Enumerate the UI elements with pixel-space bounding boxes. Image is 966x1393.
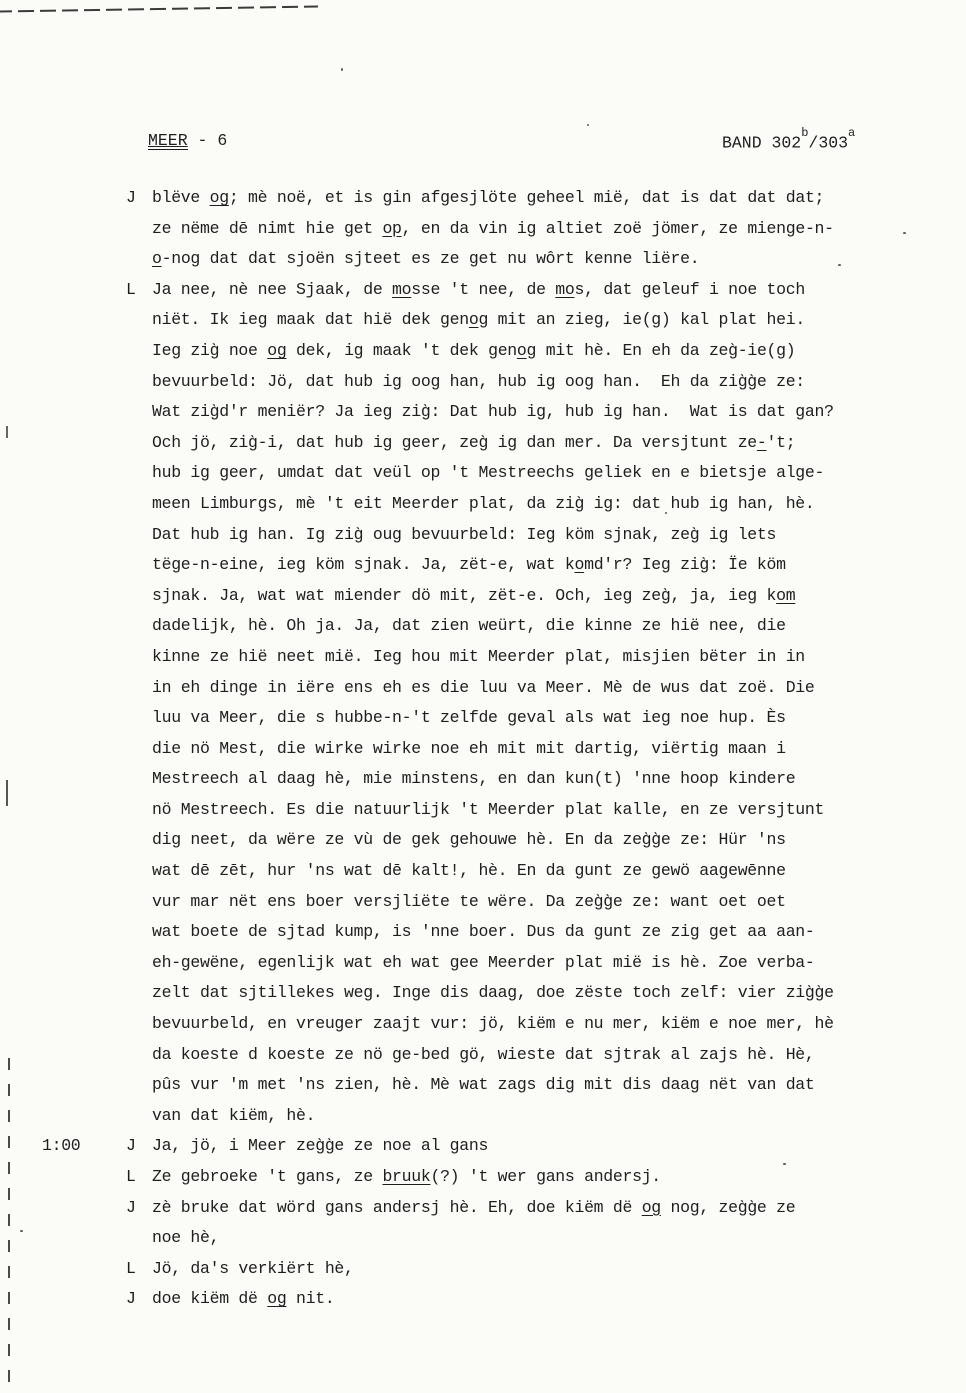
transcript-line: sjnak. Ja, wat wat miender dö mit, zët-e… bbox=[0, 581, 966, 612]
line-text: blëve og; mè noë, et is gin afgesjlöte g… bbox=[152, 188, 824, 207]
page-top-edge-mark bbox=[0, 5, 318, 12]
line-text: ze nëme dē nimt hie get op, en da vin ig… bbox=[152, 219, 834, 238]
line-text: Ieg zig̀ noe og dek, ig maak 't dek geno… bbox=[152, 341, 795, 360]
line-text: Ja nee, nè nee Sjaak, de mosse 't nee, d… bbox=[152, 280, 805, 299]
transcript-line: luu va Meer, die s hubbe-n-'t zelfde gev… bbox=[0, 703, 966, 734]
transcript-line: Dat hub ig han. Ig zig̀ oug bevuurbeld: … bbox=[0, 520, 966, 551]
transcript-line: Jzè bruke dat wörd gans andersj hè. Eh, … bbox=[0, 1193, 966, 1224]
line-text: eh-gewëne, egenlijk wat eh wat gee Meerd… bbox=[152, 953, 815, 972]
transcript-line: Ieg zig̀ noe og dek, ig maak 't dek geno… bbox=[0, 336, 966, 367]
line-text: sjnak. Ja, wat wat miender dö mit, zët-e… bbox=[152, 586, 795, 605]
band-superscript-a: a bbox=[848, 126, 855, 140]
transcript-line: Jblëve og; mè noë, et is gin afgesjlöte … bbox=[0, 183, 966, 214]
line-text: wat dē zēt, hur 'ns wat dē kalt!, hè. En… bbox=[152, 861, 786, 880]
line-text: Wat zig̀d'r meniër? Ja ieg zig̀: Dat hub… bbox=[152, 402, 834, 421]
line-text: zelt dat sjtillekes weg. Inge dis daag, … bbox=[152, 983, 834, 1002]
underlined-dialect-form: mo bbox=[555, 280, 574, 299]
transcript-line: noe hè, bbox=[0, 1223, 966, 1254]
speaker-label: L bbox=[126, 1162, 136, 1193]
speaker-label: J bbox=[126, 1284, 136, 1315]
transcript-line: bevuurbeld: Jö, dat hub ig oog han, hub … bbox=[0, 367, 966, 398]
underlined-dialect-form: op bbox=[382, 219, 401, 238]
transcript-line: dig neet, da wëre ze vù de gek gehouwe h… bbox=[0, 825, 966, 856]
transcript-line: bevuurbeld, en vreuger zaajt vur: jö, ki… bbox=[0, 1009, 966, 1040]
line-text: Mestreech al daag hè, mie minstens, en d… bbox=[152, 769, 795, 788]
line-text: dig neet, da wëre ze vù de gek gehouwe h… bbox=[152, 830, 786, 849]
speaker-label: L bbox=[126, 275, 136, 306]
underlined-dialect-form: o bbox=[517, 341, 527, 360]
transcript-line: da koeste d koeste ze nö ge-bed gö, wies… bbox=[0, 1040, 966, 1071]
line-text: vur mar nët ens boer versjliëte te wëre.… bbox=[152, 892, 786, 911]
line-text: dadelijk, hè. Oh ja. Ja, dat zien weürt,… bbox=[152, 616, 786, 635]
underlined-dialect-form: og bbox=[642, 1198, 661, 1217]
line-text: Dat hub ig han. Ig zig̀ oug bevuurbeld: … bbox=[152, 525, 776, 544]
line-text: in eh dinge in iëre ens eh es die luu va… bbox=[152, 678, 815, 697]
line-text: meen Limburgs, mè 't eit Meerder plat, d… bbox=[152, 494, 815, 513]
transcript-line: 1:00JJa, jö, i Meer zeg̀g̀e ze noe al ga… bbox=[0, 1131, 966, 1162]
line-text: Ze gebroeke 't gans, ze bruuk(?) 't wer … bbox=[152, 1167, 661, 1186]
underlined-dialect-form: o bbox=[469, 310, 479, 329]
line-text: niët. Ik ieg maak dat hië dek genog mit … bbox=[152, 310, 805, 329]
speaker-label: J bbox=[126, 183, 136, 214]
page-header-right: BAND 302b/303a bbox=[722, 131, 855, 153]
transcript-line: dadelijk, hè. Oh ja. Ja, dat zien weürt,… bbox=[0, 611, 966, 642]
transcript-line: Jdoe kiëm dë og nit. bbox=[0, 1284, 966, 1315]
transcript: Jblëve og; mè noë, et is gin afgesjlöte … bbox=[0, 183, 966, 1315]
underlined-dialect-form: og bbox=[210, 188, 229, 207]
underlined-dialect-form: og bbox=[267, 1289, 286, 1308]
transcript-line: Och jö, zig̀-i, dat hub ig geer, zeg̀ ig… bbox=[0, 428, 966, 459]
photocopy-speck bbox=[341, 68, 343, 71]
line-text: die nö Mest, die wirke wirke noe eh mit … bbox=[152, 739, 786, 758]
timestamp-note: 1:00 bbox=[42, 1131, 80, 1162]
transcript-line: nö Mestreech. Es die natuurlijk 't Meerd… bbox=[0, 795, 966, 826]
line-text: kinne ze hië neet mië. Ieg hou mit Meerd… bbox=[152, 647, 805, 666]
line-text: tëge-n-eine, ieg köm sjnak. Ja, zët-e, w… bbox=[152, 555, 786, 574]
transcript-line: eh-gewëne, egenlijk wat eh wat gee Meerd… bbox=[0, 948, 966, 979]
speaker-label: J bbox=[126, 1131, 136, 1162]
underlined-dialect-form: o bbox=[574, 555, 584, 574]
underlined-dialect-form: bruuk bbox=[382, 1167, 430, 1186]
transcript-line: LJa nee, nè nee Sjaak, de mosse 't nee, … bbox=[0, 275, 966, 306]
underlined-dialect-form: o bbox=[152, 249, 162, 268]
transcript-line: die nö Mest, die wirke wirke noe eh mit … bbox=[0, 734, 966, 765]
line-text: noe hè, bbox=[152, 1228, 219, 1247]
underlined-dialect-form: om bbox=[776, 586, 795, 605]
line-text: nö Mestreech. Es die natuurlijk 't Meerd… bbox=[152, 800, 824, 819]
transcript-line: pûs vur 'm met 'ns zien, hè. Mè wat zags… bbox=[0, 1070, 966, 1101]
transcript-line: zelt dat sjtillekes weg. Inge dis daag, … bbox=[0, 978, 966, 1009]
transcript-line: wat dē zēt, hur 'ns wat dē kalt!, hè. En… bbox=[0, 856, 966, 887]
document-page: MEER - 6 BAND 302b/303a Jblëve og; mè no… bbox=[0, 0, 966, 1393]
band-superscript-b: b bbox=[801, 126, 808, 140]
line-text: zè bruke dat wörd gans andersj hè. Eh, d… bbox=[152, 1198, 795, 1217]
transcript-line: wat boete de sjtad kump, is 'nne boer. D… bbox=[0, 917, 966, 948]
band-label: BAND 302 bbox=[722, 134, 801, 153]
line-text: Jö, da's verkiërt hè, bbox=[152, 1259, 354, 1278]
line-text: doe kiëm dë og nit. bbox=[152, 1289, 334, 1308]
page-header-left: MEER - 6 bbox=[148, 131, 227, 150]
line-text: Och jö, zig̀-i, dat hub ig geer, zeg̀ ig… bbox=[152, 433, 795, 452]
line-text: Ja, jö, i Meer zeg̀g̀e ze noe al gans bbox=[152, 1136, 488, 1155]
transcript-line: ze nëme dē nimt hie get op, en da vin ig… bbox=[0, 214, 966, 245]
transcript-line: vur mar nët ens boer versjliëte te wëre.… bbox=[0, 887, 966, 918]
speaker-label: J bbox=[126, 1193, 136, 1224]
underlined-dialect-form: mo bbox=[392, 280, 411, 299]
transcript-line: LZe gebroeke 't gans, ze bruuk(?) 't wer… bbox=[0, 1162, 966, 1193]
transcript-line: LJö, da's verkiërt hè, bbox=[0, 1254, 966, 1285]
transcript-line: kinne ze hië neet mië. Ieg hou mit Meerd… bbox=[0, 642, 966, 673]
band-separator: / bbox=[808, 134, 818, 153]
transcript-line: hub ig geer, umdat dat veül op 't Mestre… bbox=[0, 458, 966, 489]
transcript-line: o-nog dat dat sjoën sjteet es ze get nu … bbox=[0, 244, 966, 275]
page-title: MEER bbox=[148, 132, 188, 150]
underlined-dialect-form: og bbox=[267, 341, 286, 360]
line-text: van dat kiëm, hè. bbox=[152, 1106, 315, 1125]
line-text: bevuurbeld, en vreuger zaajt vur: jö, ki… bbox=[152, 1014, 834, 1033]
transcript-line: niët. Ik ieg maak dat hië dek genog mit … bbox=[0, 305, 966, 336]
underlined-dialect-form: - bbox=[757, 433, 767, 452]
line-text: wat boete de sjtad kump, is 'nne boer. D… bbox=[152, 922, 815, 941]
line-text: hub ig geer, umdat dat veül op 't Mestre… bbox=[152, 463, 824, 482]
transcript-line: van dat kiëm, hè. bbox=[0, 1101, 966, 1132]
line-text: pûs vur 'm met 'ns zien, hè. Mè wat zags… bbox=[152, 1075, 815, 1094]
photocopy-speck bbox=[587, 124, 589, 126]
transcript-line: in eh dinge in iëre ens eh es die luu va… bbox=[0, 673, 966, 704]
speaker-label: L bbox=[126, 1254, 136, 1285]
transcript-line: Mestreech al daag hè, mie minstens, en d… bbox=[0, 764, 966, 795]
band-number-2: 303 bbox=[818, 134, 848, 153]
line-text: da koeste d koeste ze nö ge-bed gö, wies… bbox=[152, 1045, 815, 1064]
transcript-line: tëge-n-eine, ieg köm sjnak. Ja, zët-e, w… bbox=[0, 550, 966, 581]
line-text: bevuurbeld: Jö, dat hub ig oog han, hub … bbox=[152, 372, 805, 391]
transcript-line: Wat zig̀d'r meniër? Ja ieg zig̀: Dat hub… bbox=[0, 397, 966, 428]
line-text: o-nog dat dat sjoën sjteet es ze get nu … bbox=[152, 249, 699, 268]
page-number: - 6 bbox=[188, 131, 228, 150]
transcript-line: meen Limburgs, mè 't eit Meerder plat, d… bbox=[0, 489, 966, 520]
line-text: luu va Meer, die s hubbe-n-'t zelfde gev… bbox=[152, 708, 786, 727]
